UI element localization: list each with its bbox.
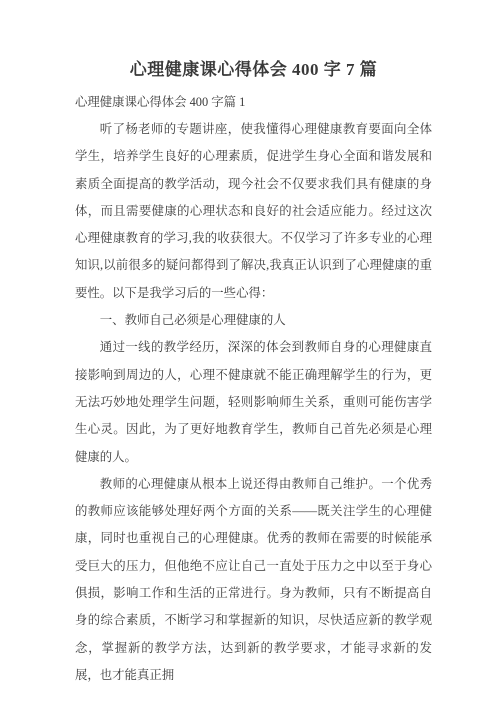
document-page: 心理健康课心得体会 400 字 7 篇 心理健康课心得体会 400 字篇 1 听…	[0, 0, 500, 707]
document-title: 心理健康课心得体会 400 字 7 篇	[75, 57, 432, 83]
document-viewport: { "page": { "background": "#ffffff", "te…	[0, 0, 500, 707]
paragraph-teacher-health: 通过一线的教学经历，深深的体会到教师自身的心理健康直接影响到周边的人，心理不健康…	[75, 334, 432, 470]
document-body: 听了杨老师的专题讲座，使我懂得心理健康教育要面向全体学生，培养学生良好的心理素质…	[75, 116, 432, 689]
paragraph-point-one-heading: 一、教师自己必须是心理健康的人	[75, 307, 432, 334]
section-heading: 心理健康课心得体会 400 字篇 1	[75, 92, 432, 112]
paragraph-intro: 听了杨老师的专题讲座，使我懂得心理健康教育要面向全体学生，培养学生良好的心理素质…	[75, 116, 432, 307]
paragraph-self-maintenance: 教师的心理健康从根本上说还得由教师自己维护。一个优秀的教师应该能够处理好两个方面…	[75, 471, 432, 689]
